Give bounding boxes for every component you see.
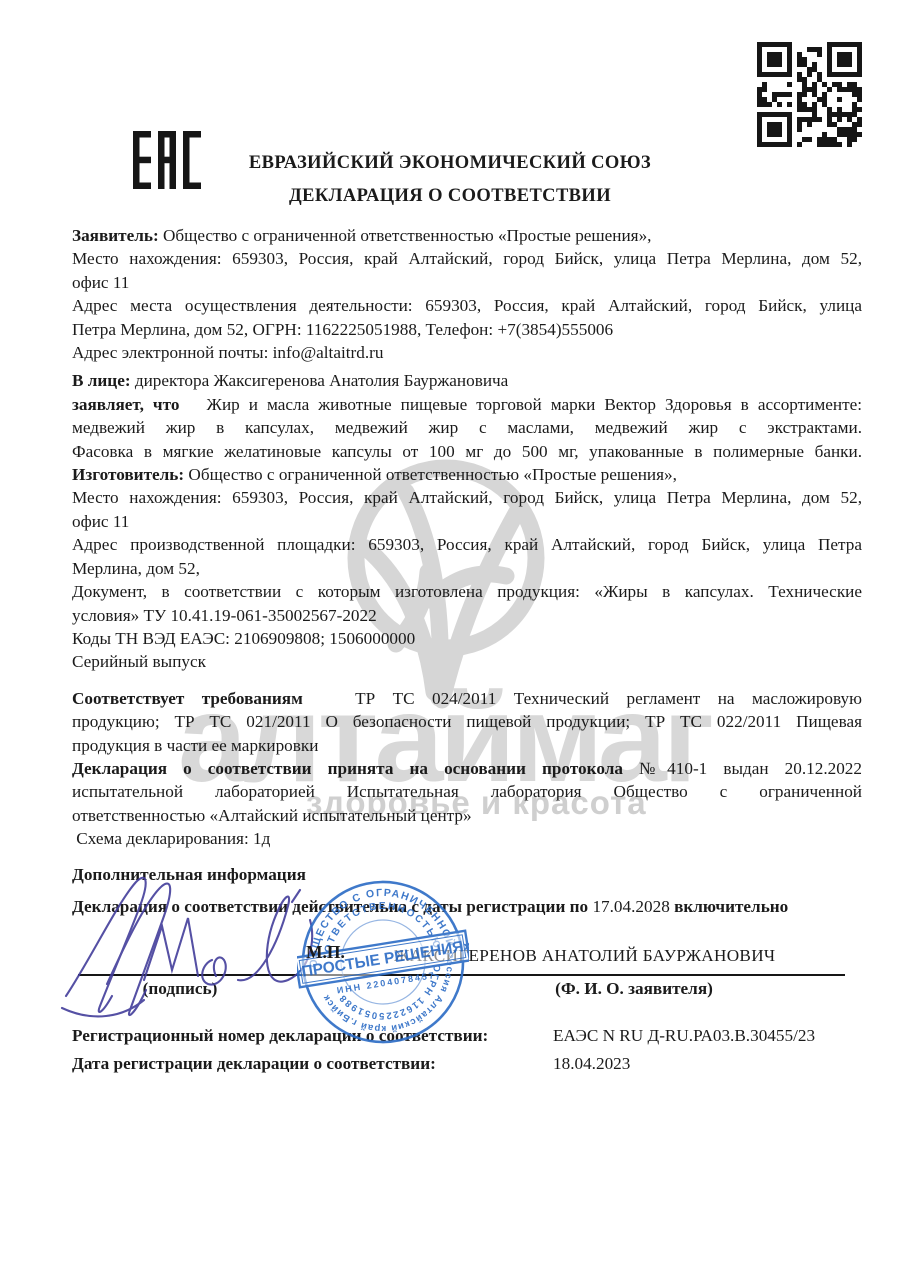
registration-date-value: 18.04.2023 xyxy=(553,1054,630,1074)
doc-line: медвежий жир в капсулах, медвежий жир с … xyxy=(72,416,862,439)
declaration-document: алтаймаг здоровье и красота ЕВРАЗИЙСКИЙ … xyxy=(0,0,900,1274)
doc-line: Схема декларирования: 1д xyxy=(72,827,862,850)
doc-line: Документ, в соответствии с которым изгот… xyxy=(72,580,862,603)
document-header: ЕВРАЗИЙСКИЙ ЭКОНОМИЧЕСКИЙ СОЮЗ ДЕКЛАРАЦИ… xyxy=(0,153,900,207)
doc-line: Петра Мерлина, дом 52, ОГРН: 11622250519… xyxy=(72,318,862,341)
doc-line: Адрес места осуществления деятельности: … xyxy=(72,294,862,317)
doc-line: Коды ТН ВЭД ЕАЭС: 2106909808; 1506000000 xyxy=(72,627,862,650)
doc-line: Место нахождения: 659303, Россия, край А… xyxy=(72,486,862,509)
doc-line: Декларация о соответствии принята на осн… xyxy=(72,757,862,780)
registration-number-value: ЕАЭС N RU Д-RU.РА03.В.30455/23 xyxy=(553,1026,815,1046)
doc-line: Серийный выпуск xyxy=(72,650,862,673)
doc-line: Мерлина, дом 52, xyxy=(72,557,862,580)
doc-line: продукцию; ТР ТС 021/2011 О безопасности… xyxy=(72,710,862,733)
union-title: ЕВРАЗИЙСКИЙ ЭКОНОМИЧЕСКИЙ СОЮЗ xyxy=(0,153,900,174)
doc-line: Фасовка в мягкие желатиновые капсулы от … xyxy=(72,440,862,463)
document-body: Заявитель: Общество с ограниченной ответ… xyxy=(72,224,862,886)
qr-code-icon xyxy=(757,42,862,147)
doc-line: офис 11 xyxy=(72,510,862,533)
doc-line: заявляет, что Жир и масла животные пищев… xyxy=(72,393,862,416)
doc-line: ответственностью «Алтайский испытательны… xyxy=(72,804,862,827)
fio-caption: (Ф. И. О. заявителя) xyxy=(509,979,759,999)
doc-line: Адрес электронной почты: info@altaitrd.r… xyxy=(72,341,862,364)
doc-line: условия» ТУ 10.41.19-061-35002567-2022 xyxy=(72,604,862,627)
doc-line: Заявитель: Общество с ограниченной ответ… xyxy=(72,224,862,247)
doc-line: испытательной лабораторией Испытательная… xyxy=(72,780,862,803)
doc-line: В лице: директора Жаксигеренова Анатолия… xyxy=(72,369,862,392)
doc-line: офис 11 xyxy=(72,271,862,294)
doc-line: продукция в части ее маркировки xyxy=(72,734,862,757)
registration-date-label: Дата регистрации декларации о соответств… xyxy=(72,1054,436,1074)
stamp-place-label: М.П. xyxy=(306,942,345,963)
doc-line: Место нахождения: 659303, Россия, край А… xyxy=(72,247,862,270)
doc-line: Изготовитель: Общество с ограниченной от… xyxy=(72,463,862,486)
doc-line: Адрес производственной площадки: 659303,… xyxy=(72,533,862,556)
document-title: ДЕКЛАРАЦИЯ О СООТВЕТСТВИИ xyxy=(0,186,900,207)
doc-line: Соответствует требованиям ТР ТС 024/2011… xyxy=(72,687,862,710)
